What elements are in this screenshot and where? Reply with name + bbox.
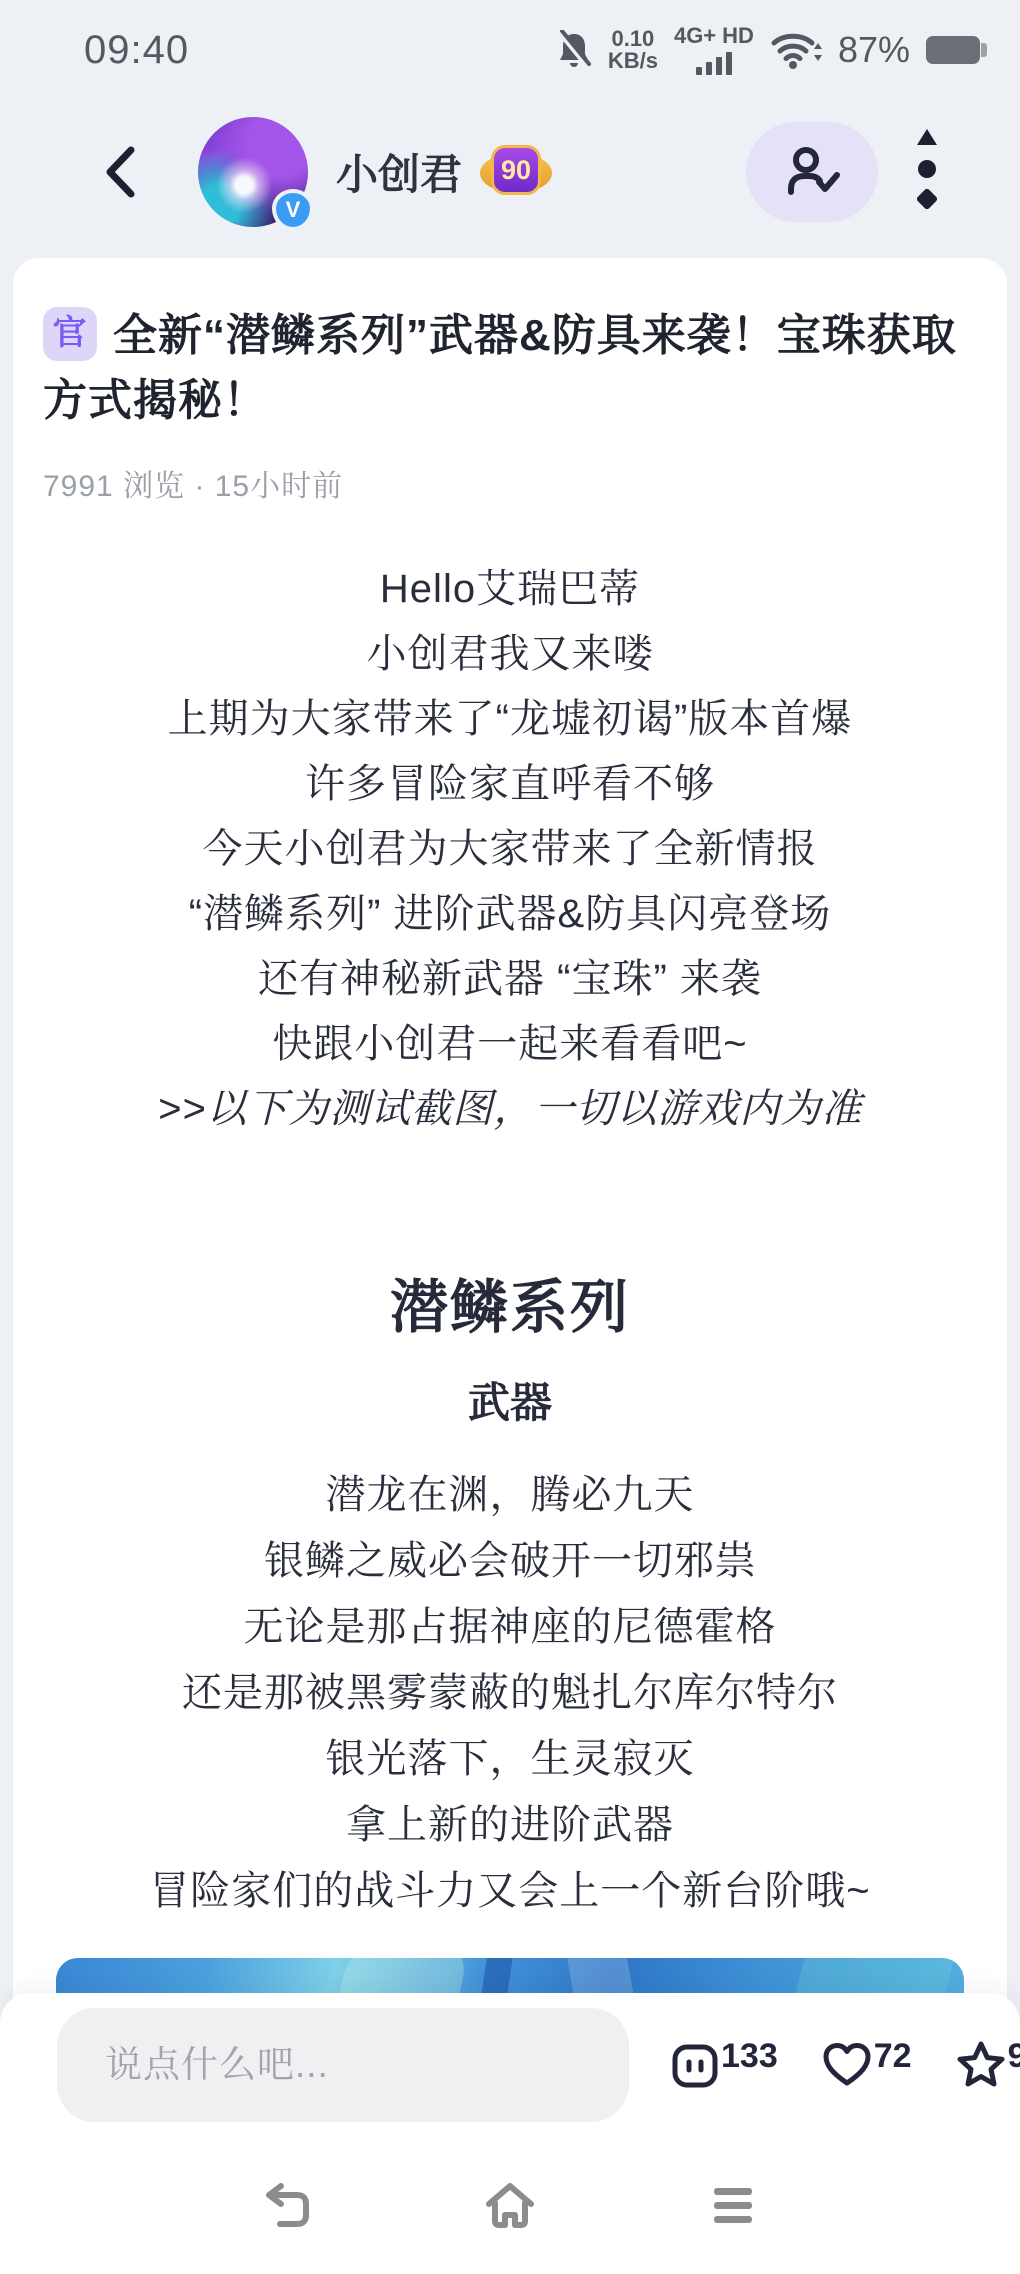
net-speed-value: 0.10	[611, 28, 654, 50]
nav-recents-button[interactable]	[688, 2160, 778, 2250]
heart-icon	[822, 2041, 872, 2089]
signal-bars-icon	[696, 52, 732, 75]
favorite-count: 9	[1008, 2037, 1020, 2076]
post-line: 银鳞之威必会破开一切邪祟	[43, 1528, 977, 1594]
post-disclaimer: >>以下为测试截图，一切以游戏内为准	[43, 1077, 977, 1142]
post-actions: 133 72 9	[671, 2041, 1020, 2089]
page-header: V 小创君 90	[0, 92, 1020, 252]
like-button[interactable]: 72	[822, 2041, 912, 2089]
comment-count: 133	[721, 2037, 778, 2076]
post-line: 快跟小创君一起来看看吧~	[43, 1012, 977, 1077]
post-line: 银光落下，生灵寂灭	[43, 1726, 977, 1792]
nav-back-button[interactable]	[242, 2160, 332, 2250]
star-icon	[956, 2041, 1006, 2089]
nav-recents-icon	[710, 2182, 756, 2228]
post-intro: Hello艾瑞巴蒂 小创君我又来喽 上期为大家带来了“龙墟初谒”版本首爆 许多冒…	[43, 557, 977, 1142]
hd-label: HD	[722, 25, 754, 47]
back-button[interactable]	[90, 132, 150, 212]
battery-percent: 87%	[838, 29, 910, 71]
more-menu-icon	[914, 125, 940, 219]
network-speed: 0.10 KB/s	[608, 28, 658, 73]
verified-badge: V	[272, 189, 314, 231]
post-line: 今天小创君为大家带来了全新情报	[43, 817, 977, 882]
post-line: 无论是那占据神座的尼德霍格	[43, 1594, 977, 1660]
more-menu-button[interactable]	[892, 117, 962, 227]
post-title-row: 官全新“潜鳞系列”武器&防具来袭！宝珠获取方式揭秘！	[43, 304, 977, 433]
post-line: 还有神秘新武器 “宝珠” 来袭	[43, 947, 977, 1012]
post-line: Hello艾瑞巴蒂	[43, 557, 977, 622]
like-count: 72	[874, 2037, 912, 2076]
comment-bar: 133 72 9	[0, 1993, 1020, 2136]
nav-home-button[interactable]	[465, 2160, 555, 2250]
official-badge: 官	[43, 307, 97, 361]
followed-button[interactable]	[746, 122, 878, 222]
system-nav-bar	[0, 2136, 1020, 2274]
post-line: 小创君我又来喽	[43, 622, 977, 687]
comments-button[interactable]: 133	[671, 2041, 778, 2089]
post-line: 拿上新的进阶武器	[43, 1792, 977, 1858]
status-bar: 09:40 0.10 KB/s 4G+ HD	[0, 0, 1020, 90]
nav-home-icon	[483, 2179, 537, 2231]
level-badge-value: 90	[491, 145, 541, 195]
comment-input[interactable]	[57, 2008, 629, 2122]
post-meta: 7991 浏览 · 15小时前	[43, 461, 977, 505]
comment-bubble-icon	[671, 2041, 719, 2089]
section-subtitle: 武器	[43, 1370, 977, 1430]
section-title: 潜鳞系列	[43, 1260, 977, 1344]
status-icons: 0.10 KB/s 4G+ HD	[556, 25, 980, 74]
battery-icon	[926, 36, 980, 64]
post-title: 全新“潜鳞系列”武器&防具来袭！宝珠获取方式揭秘！	[43, 311, 957, 425]
post-weapon-text: 潜龙在渊，腾必九天 银鳞之威必会破开一切邪祟 无论是那占据神座的尼德霍格 还是那…	[43, 1462, 977, 1924]
post-card: 官全新“潜鳞系列”武器&防具来袭！宝珠获取方式揭秘！ 7991 浏览 · 15小…	[13, 258, 1007, 2274]
avatar[interactable]: V	[198, 117, 308, 227]
clock: 09:40	[84, 28, 189, 73]
post-line: 许多冒险家直呼看不够	[43, 752, 977, 817]
nav-back-icon	[261, 2179, 313, 2231]
wifi-icon	[770, 29, 822, 71]
post-line: 上期为大家带来了“龙墟初谒”版本首爆	[43, 687, 977, 752]
favorite-button[interactable]: 9	[956, 2041, 1020, 2089]
username[interactable]: 小创君	[336, 142, 462, 202]
net-speed-unit: KB/s	[608, 50, 658, 72]
person-check-icon	[781, 144, 843, 200]
post-line: 潜龙在渊，腾必九天	[43, 1462, 977, 1528]
cellular-indicator: 4G+ HD	[674, 25, 754, 74]
level-badge: 90	[480, 143, 552, 201]
post-line: 还是那被黑雾蒙蔽的魁扎尔库尔特尔	[43, 1660, 977, 1726]
mute-bell-icon	[556, 30, 592, 70]
post-line: “潜鳞系列” 进阶武器&防具闪亮登场	[43, 882, 977, 947]
network-type-label: 4G+	[674, 25, 716, 47]
post-line: 冒险家们的战斗力又会上一个新台阶哦~	[43, 1858, 977, 1924]
app-screen: 09:40 0.10 KB/s 4G+ HD	[0, 0, 1020, 2274]
